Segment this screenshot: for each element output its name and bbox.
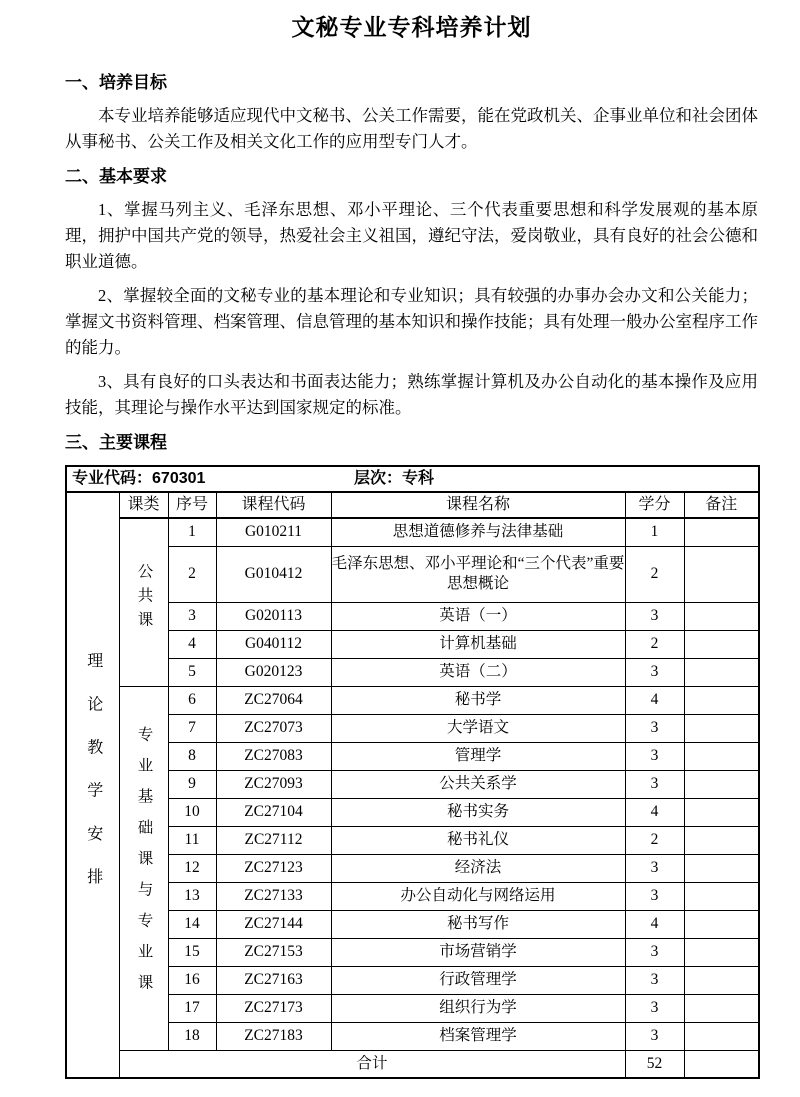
- cell-seq: 6: [168, 686, 216, 714]
- section-heading-2: 二、基本要求: [65, 165, 758, 189]
- level: 层次：专科: [354, 470, 434, 487]
- cell-course-name: 思想道德修养与法律基础: [331, 518, 625, 546]
- page-title: 文秘专业专科培养计划: [65, 13, 758, 41]
- cell-course-name: 办公自动化与网络运用: [331, 882, 625, 910]
- cell-remarks: [684, 714, 759, 742]
- level-label: 层次：: [354, 470, 402, 487]
- paragraph: 2、掌握较全面的文秘专业的基本理论和专业知识；具有较强的办事办会办文和公关能力；…: [65, 283, 758, 361]
- total-label-cell: 合计: [119, 1050, 625, 1078]
- cell-code: ZC27073: [216, 714, 331, 742]
- cell-remarks: [684, 602, 759, 630]
- cell-credits: 3: [625, 714, 684, 742]
- table-row: 10 ZC27104 秘书实务 4: [66, 798, 759, 826]
- cell-credits: 3: [625, 770, 684, 798]
- group-cell-public-courses: 公共课: [119, 518, 168, 686]
- table-row: 13 ZC27133 办公自动化与网络运用 3: [66, 882, 759, 910]
- document-content: 文秘专业专科培养计划 一、培养目标 本专业培养能够适应现代中文秘书、公关工作需要…: [0, 0, 800, 1079]
- cell-code: ZC27104: [216, 798, 331, 826]
- total-remarks-cell: [684, 1050, 759, 1078]
- cell-code: G020123: [216, 658, 331, 686]
- cell-course-name: 秘书礼仪: [331, 826, 625, 854]
- cell-code: ZC27083: [216, 742, 331, 770]
- cell-code: ZC27093: [216, 770, 331, 798]
- cell-code: G040112: [216, 630, 331, 658]
- table-row: 14 ZC27144 秘书写作 4: [66, 910, 759, 938]
- cell-seq: 9: [168, 770, 216, 798]
- table-meta-row: 专业代码：670301层次：专科: [66, 466, 759, 492]
- table-row: 专业基础课与专业课 6 ZC27064 秘书学 4: [66, 686, 759, 714]
- table-row: 公共课 1 G010211 思想道德修养与法律基础 1: [66, 518, 759, 546]
- cell-seq: 17: [168, 994, 216, 1022]
- cell-remarks: [684, 938, 759, 966]
- section-heading-1: 一、培养目标: [65, 71, 758, 95]
- cell-remarks: [684, 826, 759, 854]
- column-header-remarks: 备注: [684, 492, 759, 518]
- cell-code: ZC27123: [216, 854, 331, 882]
- cell-credits: 3: [625, 882, 684, 910]
- cell-code: ZC27153: [216, 938, 331, 966]
- course-table: 专业代码：670301层次：专科 理论教学安排 课类 序号 课程代码 课程名称 …: [65, 465, 760, 1079]
- cell-seq: 10: [168, 798, 216, 826]
- cell-course-name: 计算机基础: [331, 630, 625, 658]
- side-label: 理论教学安排: [83, 652, 103, 911]
- cell-seq: 13: [168, 882, 216, 910]
- cell-credits: 3: [625, 742, 684, 770]
- cell-seq: 15: [168, 938, 216, 966]
- cell-code: ZC27144: [216, 910, 331, 938]
- table-row: 12 ZC27123 经济法 3: [66, 854, 759, 882]
- table-row: 4 G040112 计算机基础 2: [66, 630, 759, 658]
- cell-credits: 3: [625, 994, 684, 1022]
- column-header-category: 课类: [119, 492, 168, 518]
- cell-course-name: 组织行为学: [331, 994, 625, 1022]
- cell-credits: 3: [625, 938, 684, 966]
- table-header-row: 理论教学安排 课类 序号 课程代码 课程名称 学分 备注: [66, 492, 759, 518]
- cell-course-name: 英语（二）: [331, 658, 625, 686]
- paragraph: 本专业培养能够适应现代中文秘书、公关工作需要，能在党政机关、企事业单位和社会团体…: [65, 103, 758, 155]
- cell-credits: 3: [625, 854, 684, 882]
- cell-seq: 2: [168, 546, 216, 602]
- cell-remarks: [684, 966, 759, 994]
- cell-remarks: [684, 546, 759, 602]
- column-header-seq: 序号: [168, 492, 216, 518]
- group-cell-major-courses: 专业基础课与专业课: [119, 686, 168, 1050]
- cell-credits: 3: [625, 658, 684, 686]
- cell-code: ZC27112: [216, 826, 331, 854]
- column-header-name: 课程名称: [331, 492, 625, 518]
- cell-seq: 14: [168, 910, 216, 938]
- table-row: 2 G010412 毛泽东思想、邓小平理论和“三个代表”重要思想概论 2: [66, 546, 759, 602]
- table-row: 5 G020123 英语（二） 3: [66, 658, 759, 686]
- cell-credits: 2: [625, 826, 684, 854]
- table-row: 9 ZC27093 公共关系学 3: [66, 770, 759, 798]
- cell-seq: 7: [168, 714, 216, 742]
- cell-code: G010211: [216, 518, 331, 546]
- cell-seq: 18: [168, 1022, 216, 1050]
- cell-remarks: [684, 798, 759, 826]
- cell-credits: 2: [625, 630, 684, 658]
- cell-course-name: 经济法: [331, 854, 625, 882]
- table-row: 11 ZC27112 秘书礼仪 2: [66, 826, 759, 854]
- major-code-value: 670301: [152, 470, 205, 487]
- cell-course-name: 秘书学: [331, 686, 625, 714]
- paragraph: 1、掌握马列主义、毛泽东思想、邓小平理论、三个代表重要思想和科学发展观的基本原理…: [65, 197, 758, 275]
- cell-course-name: 档案管理学: [331, 1022, 625, 1050]
- major-code-label: 专业代码：: [72, 470, 152, 487]
- cell-credits: 3: [625, 1022, 684, 1050]
- table-row: 15 ZC27153 市场营销学 3: [66, 938, 759, 966]
- cell-course-name: 管理学: [331, 742, 625, 770]
- cell-remarks: [684, 630, 759, 658]
- cell-credits: 2: [625, 546, 684, 602]
- cell-code: ZC27163: [216, 966, 331, 994]
- cell-seq: 12: [168, 854, 216, 882]
- table-row: 7 ZC27073 大学语文 3: [66, 714, 759, 742]
- major-code: 专业代码：670301: [72, 469, 354, 489]
- cell-credits: 3: [625, 602, 684, 630]
- cell-course-name: 英语（一）: [331, 602, 625, 630]
- cell-course-name: 市场营销学: [331, 938, 625, 966]
- table-row: 18 ZC27183 档案管理学 3: [66, 1022, 759, 1050]
- cell-credits: 4: [625, 910, 684, 938]
- level-value: 专科: [402, 470, 434, 487]
- cell-course-name: 大学语文: [331, 714, 625, 742]
- cell-course-name: 公共关系学: [331, 770, 625, 798]
- document-page: 文秘专业专科培养计划 一、培养目标 本专业培养能够适应现代中文秘书、公关工作需要…: [0, 0, 800, 1097]
- cell-course-name: 行政管理学: [331, 966, 625, 994]
- cell-code: ZC27064: [216, 686, 331, 714]
- cell-seq: 16: [168, 966, 216, 994]
- table-row: 17 ZC27173 组织行为学 3: [66, 994, 759, 1022]
- paragraph: 3、具有良好的口头表达和书面表达能力；熟练掌握计算机及办公自动化的基本操作及应用…: [65, 369, 758, 421]
- cell-seq: 11: [168, 826, 216, 854]
- cell-course-name: 毛泽东思想、邓小平理论和“三个代表”重要思想概论: [331, 546, 625, 602]
- cell-remarks: [684, 742, 759, 770]
- cell-course-name: 秘书写作: [331, 910, 625, 938]
- table-row: 16 ZC27163 行政管理学 3: [66, 966, 759, 994]
- cell-remarks: [684, 1022, 759, 1050]
- cell-remarks: [684, 910, 759, 938]
- cell-code: ZC27183: [216, 1022, 331, 1050]
- cell-credits: 4: [625, 798, 684, 826]
- cell-seq: 5: [168, 658, 216, 686]
- cell-seq: 4: [168, 630, 216, 658]
- cell-remarks: [684, 686, 759, 714]
- side-label-cell: 理论教学安排: [66, 492, 119, 1078]
- cell-code: ZC27173: [216, 994, 331, 1022]
- column-header-credits: 学分: [625, 492, 684, 518]
- cell-remarks: [684, 882, 759, 910]
- cell-remarks: [684, 518, 759, 546]
- table-row: 8 ZC27083 管理学 3: [66, 742, 759, 770]
- cell-credits: 1: [625, 518, 684, 546]
- cell-code: G020113: [216, 602, 331, 630]
- table-meta-cell: 专业代码：670301层次：专科: [66, 466, 759, 492]
- column-header-code: 课程代码: [216, 492, 331, 518]
- cell-seq: 1: [168, 518, 216, 546]
- cell-remarks: [684, 854, 759, 882]
- cell-course-name: 秘书实务: [331, 798, 625, 826]
- cell-seq: 3: [168, 602, 216, 630]
- cell-remarks: [684, 994, 759, 1022]
- total-credits-cell: 52: [625, 1050, 684, 1078]
- cell-seq: 8: [168, 742, 216, 770]
- group-label: 专业基础课与专业课: [134, 726, 154, 1005]
- total-row: 合计 52: [66, 1050, 759, 1078]
- cell-code: ZC27133: [216, 882, 331, 910]
- cell-remarks: [684, 658, 759, 686]
- table-row: 3 G020113 英语（一） 3: [66, 602, 759, 630]
- group-label: 公共课: [134, 563, 154, 635]
- cell-remarks: [684, 770, 759, 798]
- cell-code: G010412: [216, 546, 331, 602]
- cell-credits: 3: [625, 966, 684, 994]
- section-heading-3: 三、主要课程: [65, 431, 758, 455]
- cell-credits: 4: [625, 686, 684, 714]
